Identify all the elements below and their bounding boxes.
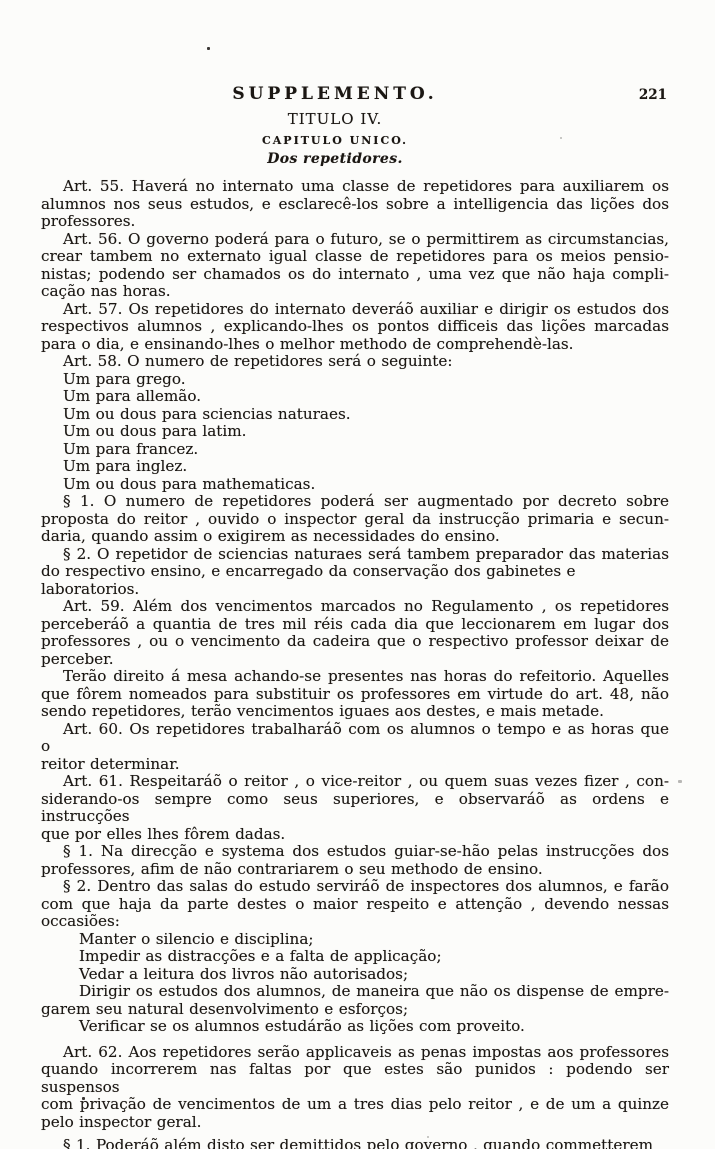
text-line: respectivos alumnos , explicando-lhes os…	[41, 318, 669, 336]
text-line: § 1. Na direcção e systema dos estudos g…	[41, 843, 669, 861]
paragraph: Um para grego.	[41, 371, 669, 389]
text-line: Um ou dous para sciencias naturaes.	[41, 406, 669, 424]
text-line: Manter o silencio e disciplina;	[41, 931, 669, 949]
text-line: Art. 62. Aos repetidores serão applicave…	[41, 1044, 669, 1062]
text-line: pelo inspector geral.	[41, 1114, 669, 1132]
text-line: § 1. Poderáõ além disto ser demittidos p…	[41, 1137, 669, 1149]
paragraph: Manter o silencio e disciplina;	[41, 931, 669, 949]
text-line: quando incorrerem nas faltas por que est…	[41, 1061, 669, 1096]
paragraph: Um ou dous para mathematicas.	[41, 476, 669, 494]
text-line: Um ou dous para latim.	[41, 423, 669, 441]
text-line: Art. 55. Haverá no internato uma classe …	[41, 178, 669, 196]
paragraph: Um ou dous para latim.	[41, 423, 669, 441]
text-line: para o dia, e ensinando-lhes o melhor me…	[41, 336, 669, 354]
title-heading: TITULO IV.	[21, 110, 649, 128]
text-line: Terão direito á mesa achando-se presente…	[41, 668, 669, 686]
paragraph: § 2. O repetidor de sciencias naturaes s…	[41, 546, 669, 599]
text-line: § 2. O repetidor de sciencias naturaes s…	[41, 546, 669, 564]
text-line: nistas; podendo ser chamados os do inter…	[41, 266, 669, 284]
text-line: professores, afim de não contrariarem o …	[41, 861, 669, 879]
ink-speck	[560, 137, 562, 139]
body: Art. 55. Haverá no internato uma classe …	[41, 178, 669, 1149]
text-line: Art. 59. Além dos vencimentos marcados n…	[41, 598, 669, 616]
chapter-subject-heading: Dos repetidores.	[21, 151, 649, 167]
text-line: sendo repetidores, terão vencimentos igu…	[41, 703, 669, 721]
paragraph: Um para allemão.	[41, 388, 669, 406]
paragraph: Art. 57. Os repetidores do internato dev…	[41, 301, 669, 354]
text-line: Art. 58. O numero de repetidores será o …	[41, 353, 669, 371]
paragraph: Terão direito á mesa achando-se presente…	[41, 668, 669, 721]
text-line: Art. 60. Os repetidores trabalharáõ com …	[41, 721, 669, 756]
paragraph: Art. 59. Além dos vencimentos marcados n…	[41, 598, 669, 668]
paragraph: Art. 55. Haverá no internato uma classe …	[41, 178, 669, 231]
paragraph: Vedar a leitura dos livros não autorisad…	[41, 966, 669, 984]
text-line: Art. 56. O governo poderá para o futuro,…	[41, 231, 669, 249]
text-line: professores.	[41, 213, 669, 231]
paragraph: Um para francez.	[41, 441, 669, 459]
text-line: occasiões:	[41, 913, 669, 931]
page: SUPPLEMENTO. 221 TITULO IV. CAPITULO UNI…	[0, 0, 715, 1149]
paragraph: Um ou dous para sciencias naturaes.	[41, 406, 669, 424]
text-line: perceberáõ a quantia de tres mil réis ca…	[41, 616, 669, 634]
page-number: 221	[639, 87, 667, 103]
text-line: com que haja da parte destes o maior res…	[41, 896, 669, 914]
ink-speck	[678, 780, 682, 783]
paragraph: Dirigir os estudos dos alumnos, de manei…	[41, 983, 669, 1018]
text-line: professores , ou o vencimento da cadeira…	[41, 633, 669, 651]
paragraph: Art. 60. Os repetidores trabalharáõ com …	[41, 721, 669, 774]
text-line: do respectivo ensino, e encarregado da c…	[41, 563, 669, 598]
paragraph: Art. 61. Respeitaráõ o reitor , o vice-r…	[41, 773, 669, 843]
text-line: § 1. O numero de repetidores poderá ser …	[41, 493, 669, 511]
text-line: crear tambem no externato igual classe d…	[41, 248, 669, 266]
paragraph: § 1. Poderáõ além disto ser demittidos p…	[41, 1137, 669, 1149]
text-line: que por elles lhes fôrem dadas.	[41, 826, 669, 844]
text-line: Um ou dous para mathematicas.	[41, 476, 669, 494]
paragraph: Impedir as distracções e a falta de appl…	[41, 948, 669, 966]
text-line: Um para inglez.	[41, 458, 669, 476]
paragraph: Um para inglez.	[41, 458, 669, 476]
running-header-title: SUPPLEMENTO.	[21, 84, 649, 104]
text-line: Art. 61. Respeitaráõ o reitor , o vice-r…	[41, 773, 669, 791]
text-line: reitor determinar.	[41, 756, 669, 774]
ink-speck	[427, 1136, 429, 1138]
text-line: com privação de vencimentos de um a tres…	[41, 1096, 669, 1114]
text-line: siderando-os sempre como seus superiores…	[41, 791, 669, 826]
text-line: Impedir as distracções e a falta de appl…	[41, 948, 669, 966]
text-line: Um para grego.	[41, 371, 669, 389]
paragraph: Art. 62. Aos repetidores serão applicave…	[41, 1044, 669, 1132]
text-line: Dirigir os estudos dos alumnos, de manei…	[41, 983, 669, 1001]
text-line: garem seu natural desenvolvimento e esfo…	[41, 1001, 669, 1019]
text-line: Um para francez.	[41, 441, 669, 459]
chapter-heading: CAPITULO UNICO.	[21, 134, 649, 147]
text-line: daria, quando assim o exigirem as necess…	[41, 528, 669, 546]
paragraph: Art. 58. O numero de repetidores será o …	[41, 353, 669, 371]
text-line: que fôrem nomeados para substituir os pr…	[41, 686, 669, 704]
text-line: alumnos nos seus estudos, e esclarecê-lo…	[41, 196, 669, 214]
text-line: Um para allemão.	[41, 388, 669, 406]
paragraph: § 1. Na direcção e systema dos estudos g…	[41, 843, 669, 878]
ink-speck	[207, 47, 210, 50]
text-line: Art. 57. Os repetidores do internato dev…	[41, 301, 669, 319]
text-line: perceber.	[41, 651, 669, 669]
paragraph: Art. 56. O governo poderá para o futuro,…	[41, 231, 669, 301]
ink-speck	[82, 1097, 85, 1100]
text-line: § 2. Dentro das salas do estudo serviráõ…	[41, 878, 669, 896]
paragraph: § 1. O numero de repetidores poderá ser …	[41, 493, 669, 546]
paragraph: § 2. Dentro das salas do estudo serviráõ…	[41, 878, 669, 931]
paragraph: Verificar se os alumnos estudárão as liç…	[41, 1018, 669, 1036]
text-line: cação nas horas.	[41, 283, 669, 301]
text-line: Verificar se os alumnos estudárão as liç…	[41, 1018, 669, 1036]
text-line: Vedar a leitura dos livros não autorisad…	[41, 966, 669, 984]
text-line: proposta do reitor , ouvido o inspector …	[41, 511, 669, 529]
